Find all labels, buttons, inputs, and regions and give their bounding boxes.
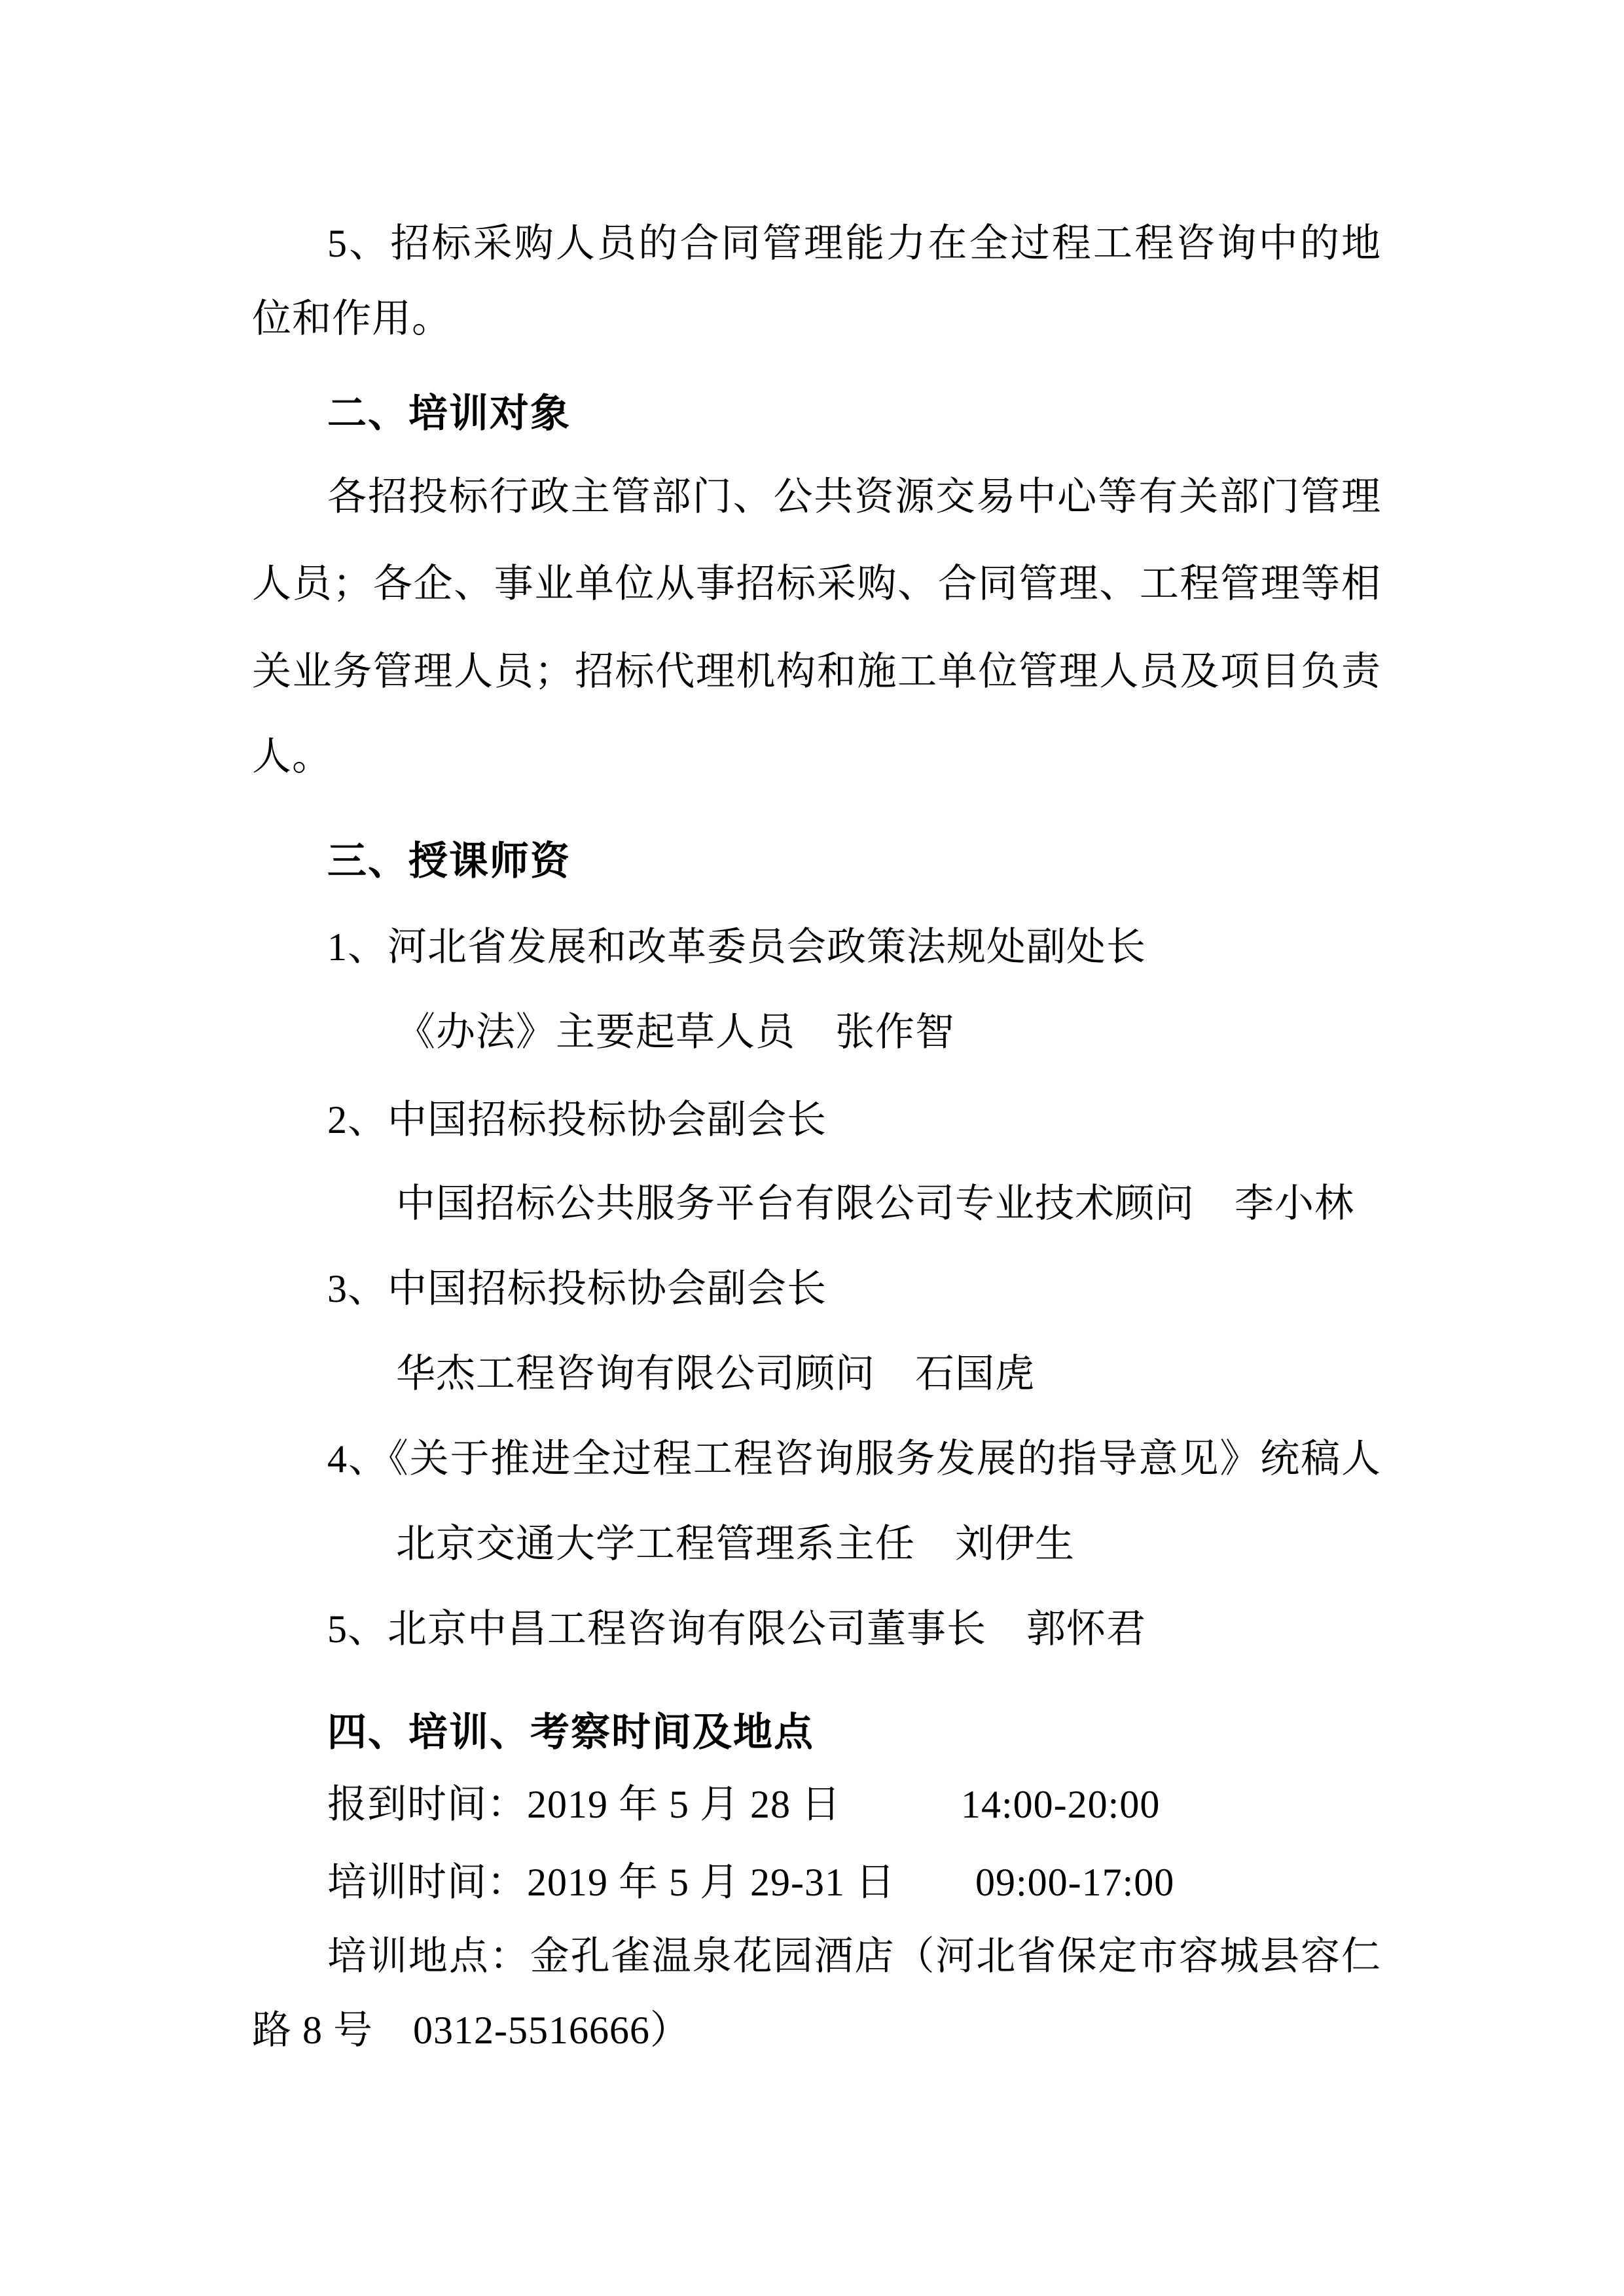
- trailing-item-line-2: 位和作用。: [252, 297, 1404, 340]
- training-time-line: 培训时间：2019 年 5 月 29-31 日 09:00-17:00: [252, 1861, 1404, 1904]
- venue-line-1: 培训地点：金孔雀温泉花园酒店（河北省保定市容城县容仁: [252, 1935, 1381, 1978]
- audience-line-1: 各招投标行政主管部门、公共资源交易中心等有关部门管理: [252, 475, 1381, 518]
- document-page: 5、招标采购人员的合同管理能力在全过程工程咨询中的地 位和作用。 二、培训对象 …: [0, 0, 1624, 2296]
- section-2-heading: 二、培训对象: [252, 392, 1404, 435]
- audience-line-4: 人。: [252, 735, 1404, 778]
- section-3-heading: 三、授课师资: [252, 840, 1404, 883]
- faculty-3-name-line: 华杰工程咨询有限公司顾问 石国虎: [252, 1352, 1404, 1395]
- audience-line-3: 关业务管理人员；招标代理机构和施工单位管理人员及项目负责: [252, 650, 1381, 693]
- faculty-4-name-line: 北京交通大学工程管理系主任 刘伊生: [252, 1522, 1404, 1566]
- faculty-5-title-line: 5、北京中昌工程咨询有限公司董事长 郭怀君: [252, 1607, 1404, 1651]
- faculty-3-title-line: 3、中国招标投标协会副会长: [252, 1267, 1404, 1310]
- faculty-1-name-line: 《办法》主要起草人员 张作智: [252, 1011, 1404, 1054]
- trailing-item-line-1: 5、招标采购人员的合同管理能力在全过程工程咨询中的地: [252, 222, 1381, 265]
- section-4-heading: 四、培训、考察时间及地点: [252, 1711, 1404, 1754]
- faculty-1-title-line: 1、河北省发展和改革委员会政策法规处副处长: [252, 925, 1404, 969]
- faculty-4-title-line: 4、《关于推进全过程工程咨询服务发展的指导意见》统稿人: [252, 1437, 1381, 1480]
- audience-line-2: 人员；各企、事业单位从事招标采购、合同管理、工程管理等相: [252, 562, 1381, 605]
- faculty-2-title-line: 2、中国招标投标协会副会长: [252, 1098, 1404, 1141]
- faculty-2-name-line: 中国招标公共服务平台有限公司专业技术顾问 李小林: [252, 1182, 1404, 1225]
- checkin-time-line: 报到时间：2019 年 5 月 28 日 14:00-20:00: [252, 1783, 1404, 1826]
- venue-line-2: 路 8 号 0312-5516666）: [252, 2009, 1404, 2052]
